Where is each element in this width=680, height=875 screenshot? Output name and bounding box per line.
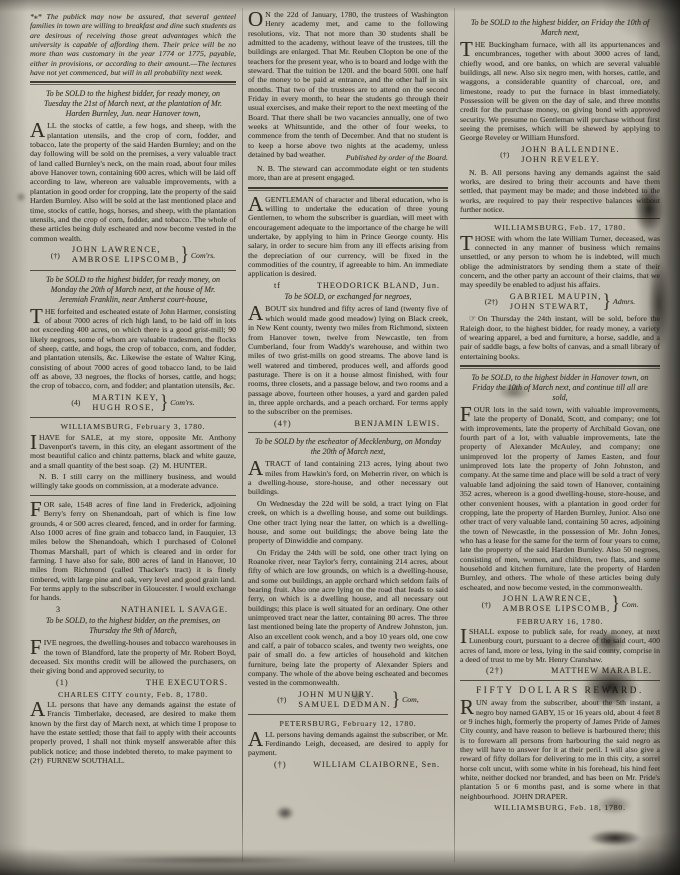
signature-mark: (†): [51, 251, 60, 260]
section-divider: [460, 218, 660, 219]
newspaper-page: *⁎* The publick may now be assured, that…: [0, 0, 680, 875]
dateline: CHARLES CITY county, Feb. 8, 1780.: [30, 690, 236, 699]
signature-names: JOHN MUNURY. SAMUEL DEDMAN.: [298, 690, 391, 711]
ad-hanover-town-lots-sale: To be SOLD, to the highest bidder in Han…: [460, 373, 660, 615]
signature-names: JOHN BALLENDINE. JOHN REVELEY.: [521, 145, 620, 166]
ad-paragraph: On Wednesday the 22d will be sold, a tra…: [248, 499, 448, 546]
ad-text: HOSE with whom the late William Turner, …: [460, 234, 660, 290]
section-divider: [248, 187, 448, 191]
signature-block: (†) JOHN MUNURY. SAMUEL DEDMAN. } Com,: [248, 690, 448, 711]
signature-names: JOHN LAWRENCE, AMBROSE LIPSCOMB,: [72, 245, 180, 266]
signature-names: MARTIN KEY, HUGH ROSE,: [92, 393, 159, 414]
section-divider: [30, 417, 236, 418]
scan-shadow-left: [0, 0, 28, 875]
signature-line: (1) THE EXECUTORS.: [30, 678, 236, 688]
ad-body: IHAVE for SALE, at my store, opposite Mr…: [30, 433, 236, 470]
ad-text: On Thursday the 24th instant, will be so…: [460, 314, 660, 360]
raleigh-door-sale: ☞On Thursday the 24th instant, will be s…: [460, 314, 660, 361]
ad-body: ALL the stocks of cattle, a few hogs, an…: [30, 121, 236, 242]
ad-heading: To be SOLD, to the highest bidder in Han…: [465, 373, 655, 403]
ad-body: ATRACT of land containing 213 acres, lyi…: [248, 459, 448, 496]
brace-glyph: }: [612, 593, 620, 616]
section-divider: [248, 432, 448, 433]
column-rule: [454, 8, 455, 862]
drop-cap: T: [30, 307, 45, 324]
signature-names: JOHN LAWRENCE, AMBROSE LIPSCOMB,: [503, 594, 611, 615]
signature-role: Com.: [622, 600, 639, 609]
ad-text: HE forfeited and escheated estate of Joh…: [30, 307, 236, 391]
drop-cap: T: [460, 234, 475, 251]
drop-cap: A: [248, 730, 265, 747]
ad-hunter-store: WILLIAMSBURG, February 3, 1780. IHAVE fo…: [30, 422, 236, 490]
ad-text: HE Buckingham furnace, with all its appu…: [460, 40, 660, 142]
brace-glyph: }: [603, 290, 611, 313]
signature-mark: tf: [274, 281, 281, 291]
brace-glyph: }: [160, 391, 168, 414]
drop-cap: A: [248, 304, 265, 321]
section-divider: [248, 714, 448, 715]
column-3: To be SOLD to the highest bidder, on Fri…: [460, 16, 660, 813]
ad-body: AGENTLEMAN of character and liberal educ…: [248, 195, 448, 279]
ink-stain: [588, 830, 642, 846]
ad-mecklenburg-escheator-sale: To be SOLD by the escheator of Mecklenbu…: [248, 437, 448, 710]
brace-glyph: }: [181, 244, 189, 267]
ad-heading: To be SOLD to the highest bidder, on Fri…: [465, 18, 655, 38]
signature-block: (†) JOHN LAWRENCE, AMBROSE LIPSCOMB, } C…: [460, 594, 660, 615]
ad-body: ON the 22d of January, 1780, the trustee…: [248, 10, 448, 160]
drop-cap: O: [248, 10, 265, 27]
ad-body: THOSE with whom the late William Turner,…: [460, 234, 660, 290]
ad-heading: To be SOLD to the highest bidder, for re…: [35, 275, 231, 305]
ad-text: HAVE for SALE, at my store, opposite Mr.…: [30, 433, 236, 470]
drop-cap: A: [248, 195, 265, 212]
signature-block: (†) JOHN LAWRENCE, AMBROSE LIPSCOMB, } C…: [30, 245, 236, 266]
column-1: *⁎* The publick may now be assured, that…: [30, 12, 236, 767]
ad-body: ABOUT six hundred and fifty acres of lan…: [248, 304, 448, 416]
ad-text: TRACT of land containing 213 acres, lyin…: [248, 459, 448, 496]
manicule-icon: ☞: [469, 314, 478, 323]
ad-bland-tutor-wanted: AGENTLEMAN of character and liberal educ…: [248, 195, 448, 291]
signature-line: (2†) MATTHEW MARABLE.: [460, 666, 660, 676]
ad-boyd-negroes-sale: To be SOLD, to the highest bidder, on th…: [30, 616, 236, 687]
ad-harmer-estate-sale: To be SOLD to the highest bidder, for re…: [30, 275, 236, 414]
ad-heading: To be SOLD, to the highest bidder, on th…: [35, 616, 231, 636]
signature-name: BENJAMIN LEWIS.: [355, 419, 441, 429]
signature-block: (4) MARTIN KEY, HUGH ROSE, } Com'rs.: [30, 393, 236, 414]
signature-name: NATHANIEL L SAVAGE.: [121, 605, 228, 615]
ad-text: BOUT six hundred and fifty acres of land…: [248, 304, 448, 416]
publick-notice: *⁎* The publick may now be assured, that…: [30, 12, 236, 77]
signature-name: MATTHEW MARABLE.: [551, 666, 652, 676]
ad-heading: To be SOLD to the highest bidder, for re…: [35, 89, 231, 119]
ad-text: IVE negroes, the dwelling-houses and tob…: [30, 638, 236, 675]
ad-body: FOUR lots in the said town, with valuabl…: [460, 405, 660, 592]
ad-savage-land-sale: FOR sale, 1548 acres of fine land in Fre…: [30, 500, 236, 615]
dateline: FEBRUARY 16, 1780.: [460, 617, 660, 626]
signature-role: Com'rs.: [170, 398, 194, 407]
ink-stain: [276, 806, 294, 820]
ad-text: LL persons having demands against the su…: [248, 730, 448, 758]
ad-marable-lunenburg-sale: FEBRUARY 16, 1780. ISHALL expose to publ…: [460, 617, 660, 677]
drop-cap: F: [460, 405, 474, 422]
section-divider: [460, 365, 660, 369]
dateline: PETERSBURG, February 12, 1780.: [248, 719, 448, 728]
signature-line: (†) WILLIAM CLAIBORNE, Sen.: [248, 760, 448, 770]
ad-buckingham-furnace-sale: To be SOLD to the highest bidder, on Fri…: [460, 18, 660, 214]
signature-name: THEODORICK BLAND, Jun.: [317, 281, 440, 291]
ad-turner-administrators: WILLIAMSBURG, Feb. 17, 1780. THOSE with …: [460, 223, 660, 361]
dateline: WILLIAMSBURG, February 3, 1780.: [30, 422, 236, 431]
signature-mark: (2†): [485, 297, 498, 306]
ink-stain: [16, 192, 26, 202]
drop-cap: T: [460, 40, 475, 57]
section-divider: [30, 495, 236, 496]
signature-line: 3 NATHANIEL L SAVAGE.: [30, 605, 236, 615]
ad-body: ALL persons having demands against the s…: [248, 730, 448, 758]
ad-body: RUN away from the subscriber, about the …: [460, 698, 660, 801]
drop-cap: R: [460, 698, 476, 715]
signature-name: THE EXECUTORS.: [146, 678, 228, 688]
ad-paragraph: On Friday the 24th will be sold, one oth…: [248, 548, 448, 688]
ad-text: LL the stocks of cattle, a few hogs, and…: [30, 121, 236, 242]
signature-role: Com'rs.: [191, 251, 215, 260]
ad-body: FOR sale, 1548 acres of fine land in Fre…: [30, 500, 236, 603]
signature-names: GABRIEL MAUPIN, JOHN STEWART,: [510, 292, 602, 313]
ad-text: N the 22d of January, 1780, the trustees…: [248, 10, 448, 159]
nota-bene: N. B. I still carry on the millinery bus…: [30, 472, 236, 491]
reward-title: FIFTY DOLLARS REWARD.: [460, 685, 660, 696]
nota-bene: N. B. All persons having any demands aga…: [460, 168, 660, 215]
drop-cap: A: [30, 700, 47, 717]
scan-shadow-bottom: [0, 849, 680, 875]
section-divider: [460, 680, 660, 681]
signature-mark: (4): [71, 398, 80, 407]
drop-cap: A: [248, 459, 265, 476]
ad-fifty-dollars-reward: FIFTY DOLLARS REWARD. RUN away from the …: [460, 685, 660, 812]
signature-block: (†) JOHN BALLENDINE. JOHN REVELEY.: [460, 145, 660, 166]
section-divider: [30, 81, 236, 85]
signature-mark: (2†): [486, 666, 504, 676]
column-2: ON the 22d of January, 1780, the trustee…: [248, 10, 448, 772]
signature-mark: 3: [56, 605, 61, 615]
dateline: WILLIAMSBURG, Feb. 17, 1780.: [460, 223, 660, 232]
signature-block: (2†) GABRIEL MAUPIN, JOHN STEWART, } Adm…: [460, 292, 660, 313]
signature-name: WILLIAM CLAIBORNE, Sen.: [313, 760, 440, 770]
ad-body: THE Buckingham furnace, with all its app…: [460, 40, 660, 143]
ad-timberlake-estate: CHARLES CITY county, Feb. 8, 1780. ALL p…: [30, 690, 236, 766]
signature-mark: (4†): [274, 419, 292, 429]
drop-cap: I: [30, 433, 39, 450]
ad-heading: To be SOLD by the escheator of Mecklenbu…: [253, 437, 443, 457]
signature-role: Admrs.: [613, 297, 635, 306]
dateline: WILLIAMSBURG, Feb. 18, 1780.: [460, 803, 660, 812]
signature-mark: (†): [277, 695, 286, 704]
signature-mark: (†): [274, 760, 287, 770]
ad-body: FIVE negroes, the dwelling-houses and to…: [30, 638, 236, 675]
ad-text: SHALL expose to publick sale, for ready …: [460, 627, 660, 664]
ad-claiborne-demands: PETERSBURG, February 12, 1780. ALL perso…: [248, 719, 448, 769]
ad-text: GENTLEMAN of character and liberal educa…: [248, 195, 448, 279]
signature-line: (4†) BENJAMIN LEWIS.: [248, 419, 448, 429]
ad-body: ALL persons that have any demands agains…: [30, 700, 236, 765]
section-divider: [30, 270, 236, 271]
brace-glyph: }: [392, 688, 400, 711]
signature-role: Com,: [402, 695, 419, 704]
signature-mark: (†): [482, 600, 491, 609]
nota-bene: N. B. The steward can accommodate eight …: [248, 164, 448, 183]
drop-cap: F: [30, 638, 44, 655]
ad-text: OR sale, 1548 acres of fine land in Fred…: [30, 500, 236, 602]
signature-line: tf THEODORICK BLAND, Jun.: [248, 281, 448, 291]
ad-body: THE forfeited and escheated estate of Jo…: [30, 307, 236, 391]
ad-lewis-land-exchange: To be SOLD, or exchanged for negroes, AB…: [248, 292, 448, 428]
ad-text: UN away from the subscriber, about the 5…: [460, 698, 660, 800]
drop-cap: A: [30, 121, 47, 138]
drop-cap: F: [30, 500, 44, 517]
ad-washington-henry-academy: ON the 22d of January, 1780, the trustee…: [248, 10, 448, 183]
ad-burnley-plantation-sale: To be SOLD to the highest bidder, for re…: [30, 89, 236, 265]
signature-mark: (†): [500, 150, 509, 159]
ad-text: OUR lots in the said town, with valuable…: [460, 405, 660, 592]
ad-heading: To be SOLD, or exchanged for negroes,: [253, 292, 443, 302]
ad-body: ISHALL expose to publick sale, for ready…: [460, 627, 660, 664]
ink-stain: [90, 856, 330, 864]
signature-mark: (1): [56, 678, 69, 688]
ad-text: LL persons that have any demands against…: [30, 700, 236, 765]
column-rule: [242, 8, 243, 862]
drop-cap: I: [460, 627, 469, 644]
